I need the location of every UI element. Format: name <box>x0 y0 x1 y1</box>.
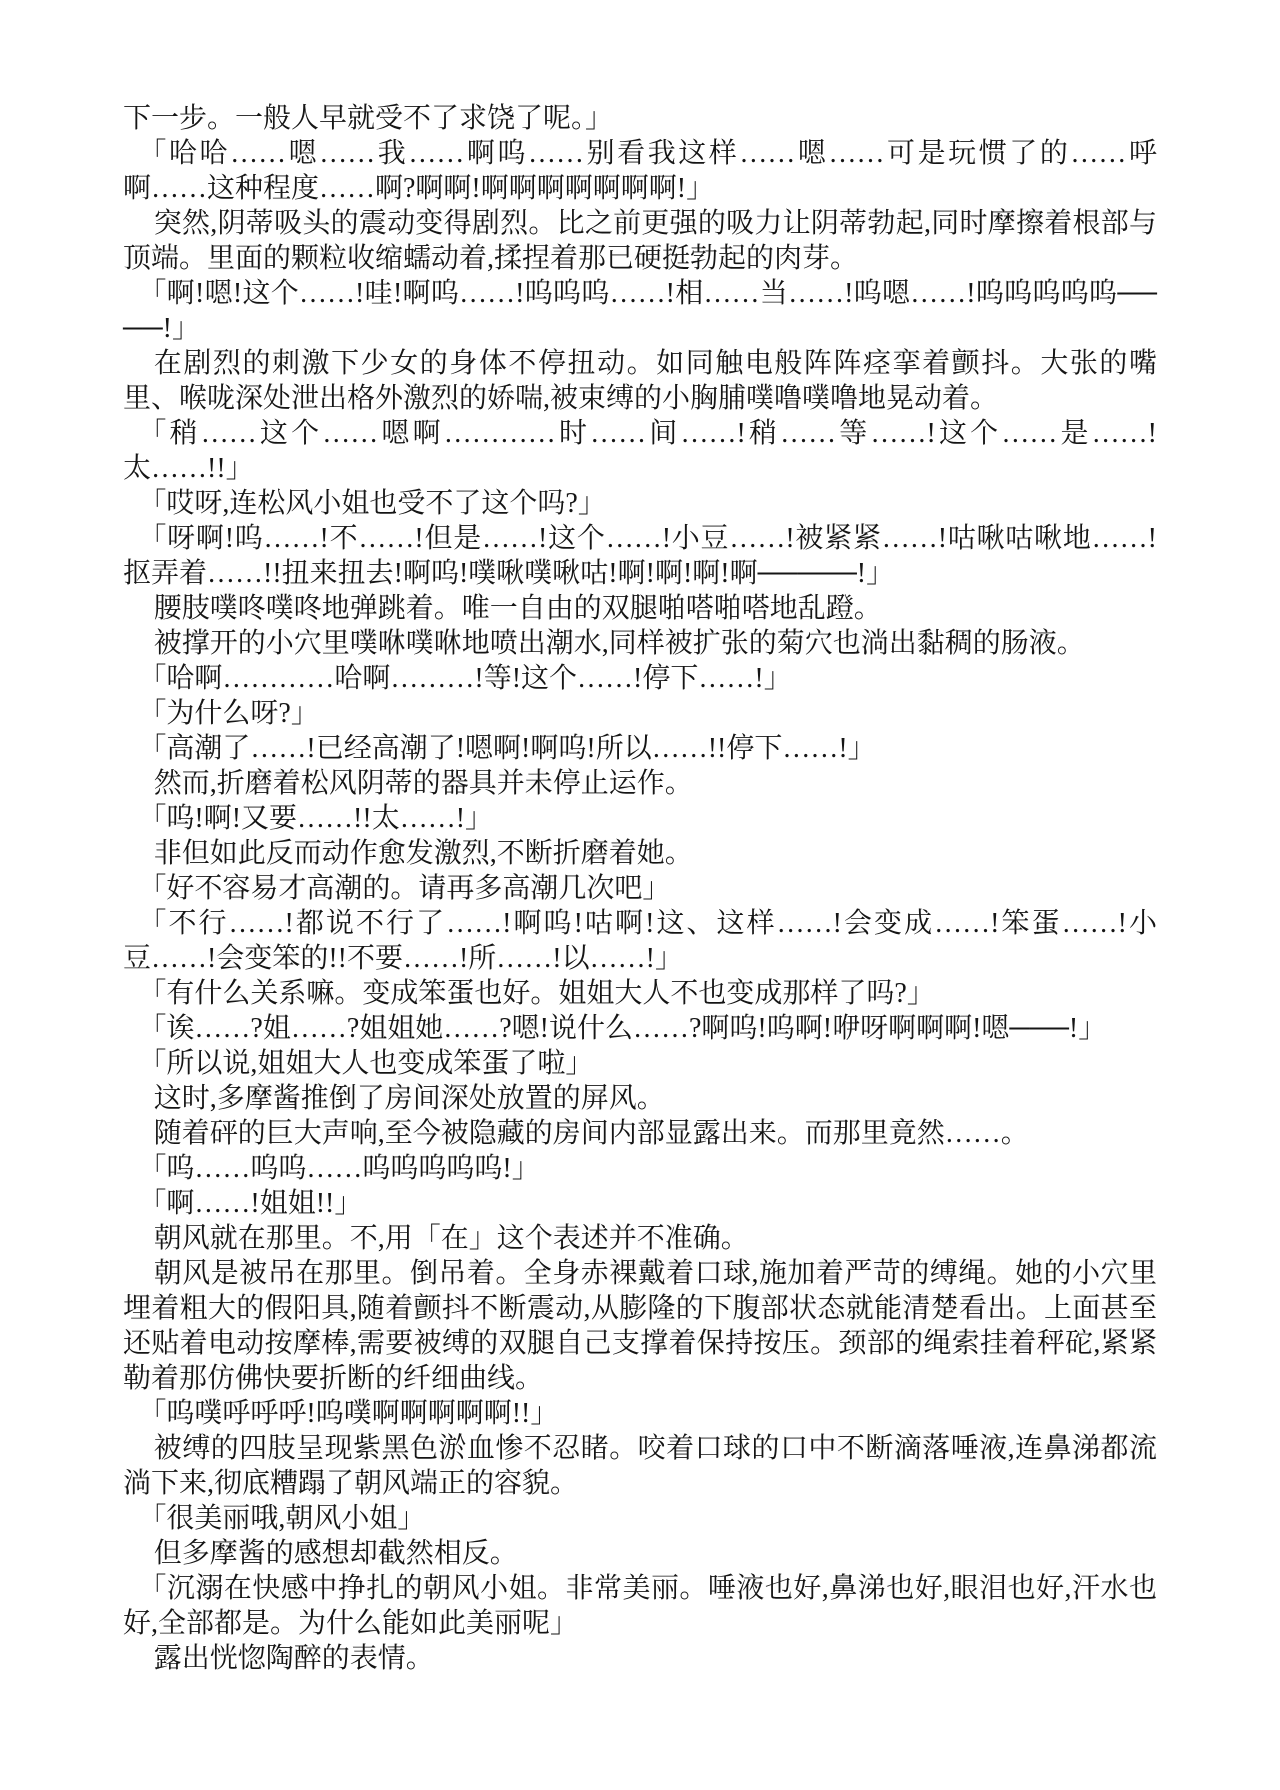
paragraph: 被撑开的小穴里噗咻噗咻地喷出潮水,同样被扩张的菊穴也淌出黏稠的肠液。 <box>123 626 1157 661</box>
paragraph: 「呜噗呼呼呼!呜噗啊啊啊啊啊!!」 <box>123 1396 1157 1431</box>
paragraph: 「所以说,姐姐大人也变成笨蛋了啦」 <box>123 1046 1157 1081</box>
paragraph: 「哈啊…………哈啊………!等!这个……!停下……!」 <box>123 661 1157 696</box>
paragraph: 然而,折磨着松风阴蒂的器具并未停止运作。 <box>123 766 1157 801</box>
paragraph: 但多摩酱的感想却截然相反。 <box>123 1536 1157 1571</box>
page-text: 下一步。一般人早就受不了求饶了呢。」「哈哈……嗯……我……啊呜……别看我这样……… <box>123 101 1157 1676</box>
paragraph: 朝风是被吊在那里。倒吊着。全身赤裸戴着口球,施加着严苛的缚绳。她的小穴里埋着粗大… <box>123 1256 1157 1396</box>
paragraph: 突然,阴蒂吸头的震动变得剧烈。比之前更强的吸力让阴蒂勃起,同时摩擦着根部与顶端。… <box>123 206 1157 276</box>
paragraph: 「为什么呀?」 <box>123 696 1157 731</box>
paragraph: 「呀啊!呜……!不……!但是……!这个……!小豆……!被紧紧……!咕啾咕啾地……… <box>123 521 1157 591</box>
paragraph: 「有什么关系嘛。变成笨蛋也好。姐姐大人不也变成那样了吗?」 <box>123 976 1157 1011</box>
paragraph: 「呜!啊!又要……!!太……!」 <box>123 801 1157 836</box>
paragraph: 「高潮了……!已经高潮了!嗯啊!啊呜!所以……!!停下……!」 <box>123 731 1157 766</box>
paragraph: 下一步。一般人早就受不了求饶了呢。」 <box>123 101 1157 136</box>
paragraph: 「啊……!姐姐!!」 <box>123 1186 1157 1221</box>
paragraph: 这时,多摩酱推倒了房间深处放置的屏风。 <box>123 1081 1157 1116</box>
paragraph: 「稍……这个……嗯啊…………时……间……!稍……等……!这个……是……!太……!… <box>123 416 1157 486</box>
paragraph: 随着砰的巨大声响,至今被隐藏的房间内部显露出来。而那里竟然……。 <box>123 1116 1157 1151</box>
paragraph: 在剧烈的刺激下少女的身体不停扭动。如同触电般阵阵痉挛着颤抖。大张的嘴里、喉咙深处… <box>123 346 1157 416</box>
paragraph: 「哈哈……嗯……我……啊呜……别看我这样……嗯……可是玩惯了的……呼啊……这种程… <box>123 136 1157 206</box>
paragraph: 「不行……!都说不行了……!啊呜!咕啊!这、这样……!会变成……!笨蛋……!小豆… <box>123 906 1157 976</box>
paragraph: 露出恍惚陶醉的表情。 <box>123 1641 1157 1676</box>
paragraph: 「哎呀,连松风小姐也受不了这个吗?」 <box>123 486 1157 521</box>
paragraph: 「好不容易才高潮的。请再多高潮几次吧」 <box>123 871 1157 906</box>
paragraph: 「诶……?姐……?姐姐她……?嗯!说什么……?啊呜!呜啊!咿呀啊啊啊!嗯───!… <box>123 1011 1157 1046</box>
paragraph: 「呜……呜呜……呜呜呜呜呜!」 <box>123 1151 1157 1186</box>
paragraph: 「沉溺在快感中挣扎的朝风小姐。非常美丽。唾液也好,鼻涕也好,眼泪也好,汗水也好,… <box>123 1571 1157 1641</box>
paragraph: 非但如此反而动作愈发激烈,不断折磨着她。 <box>123 836 1157 871</box>
paragraph: 「很美丽哦,朝风小姐」 <box>123 1501 1157 1536</box>
paragraph: 被缚的四肢呈现紫黑色淤血惨不忍睹。咬着口球的口中不断滴落唾液,连鼻涕都流淌下来,… <box>123 1431 1157 1501</box>
novel-page: 下一步。一般人早就受不了求饶了呢。」「哈哈……嗯……我……啊呜……别看我这样……… <box>0 0 1280 1790</box>
paragraph: 腰肢噗咚噗咚地弹跳着。唯一自由的双腿啪嗒啪嗒地乱蹬。 <box>123 591 1157 626</box>
paragraph: 「啊!嗯!这个……!哇!啊呜……!呜呜呜……!相……当……!呜嗯……!呜呜呜呜呜… <box>123 276 1157 346</box>
paragraph: 朝风就在那里。不,用「在」这个表述并不准确。 <box>123 1221 1157 1256</box>
